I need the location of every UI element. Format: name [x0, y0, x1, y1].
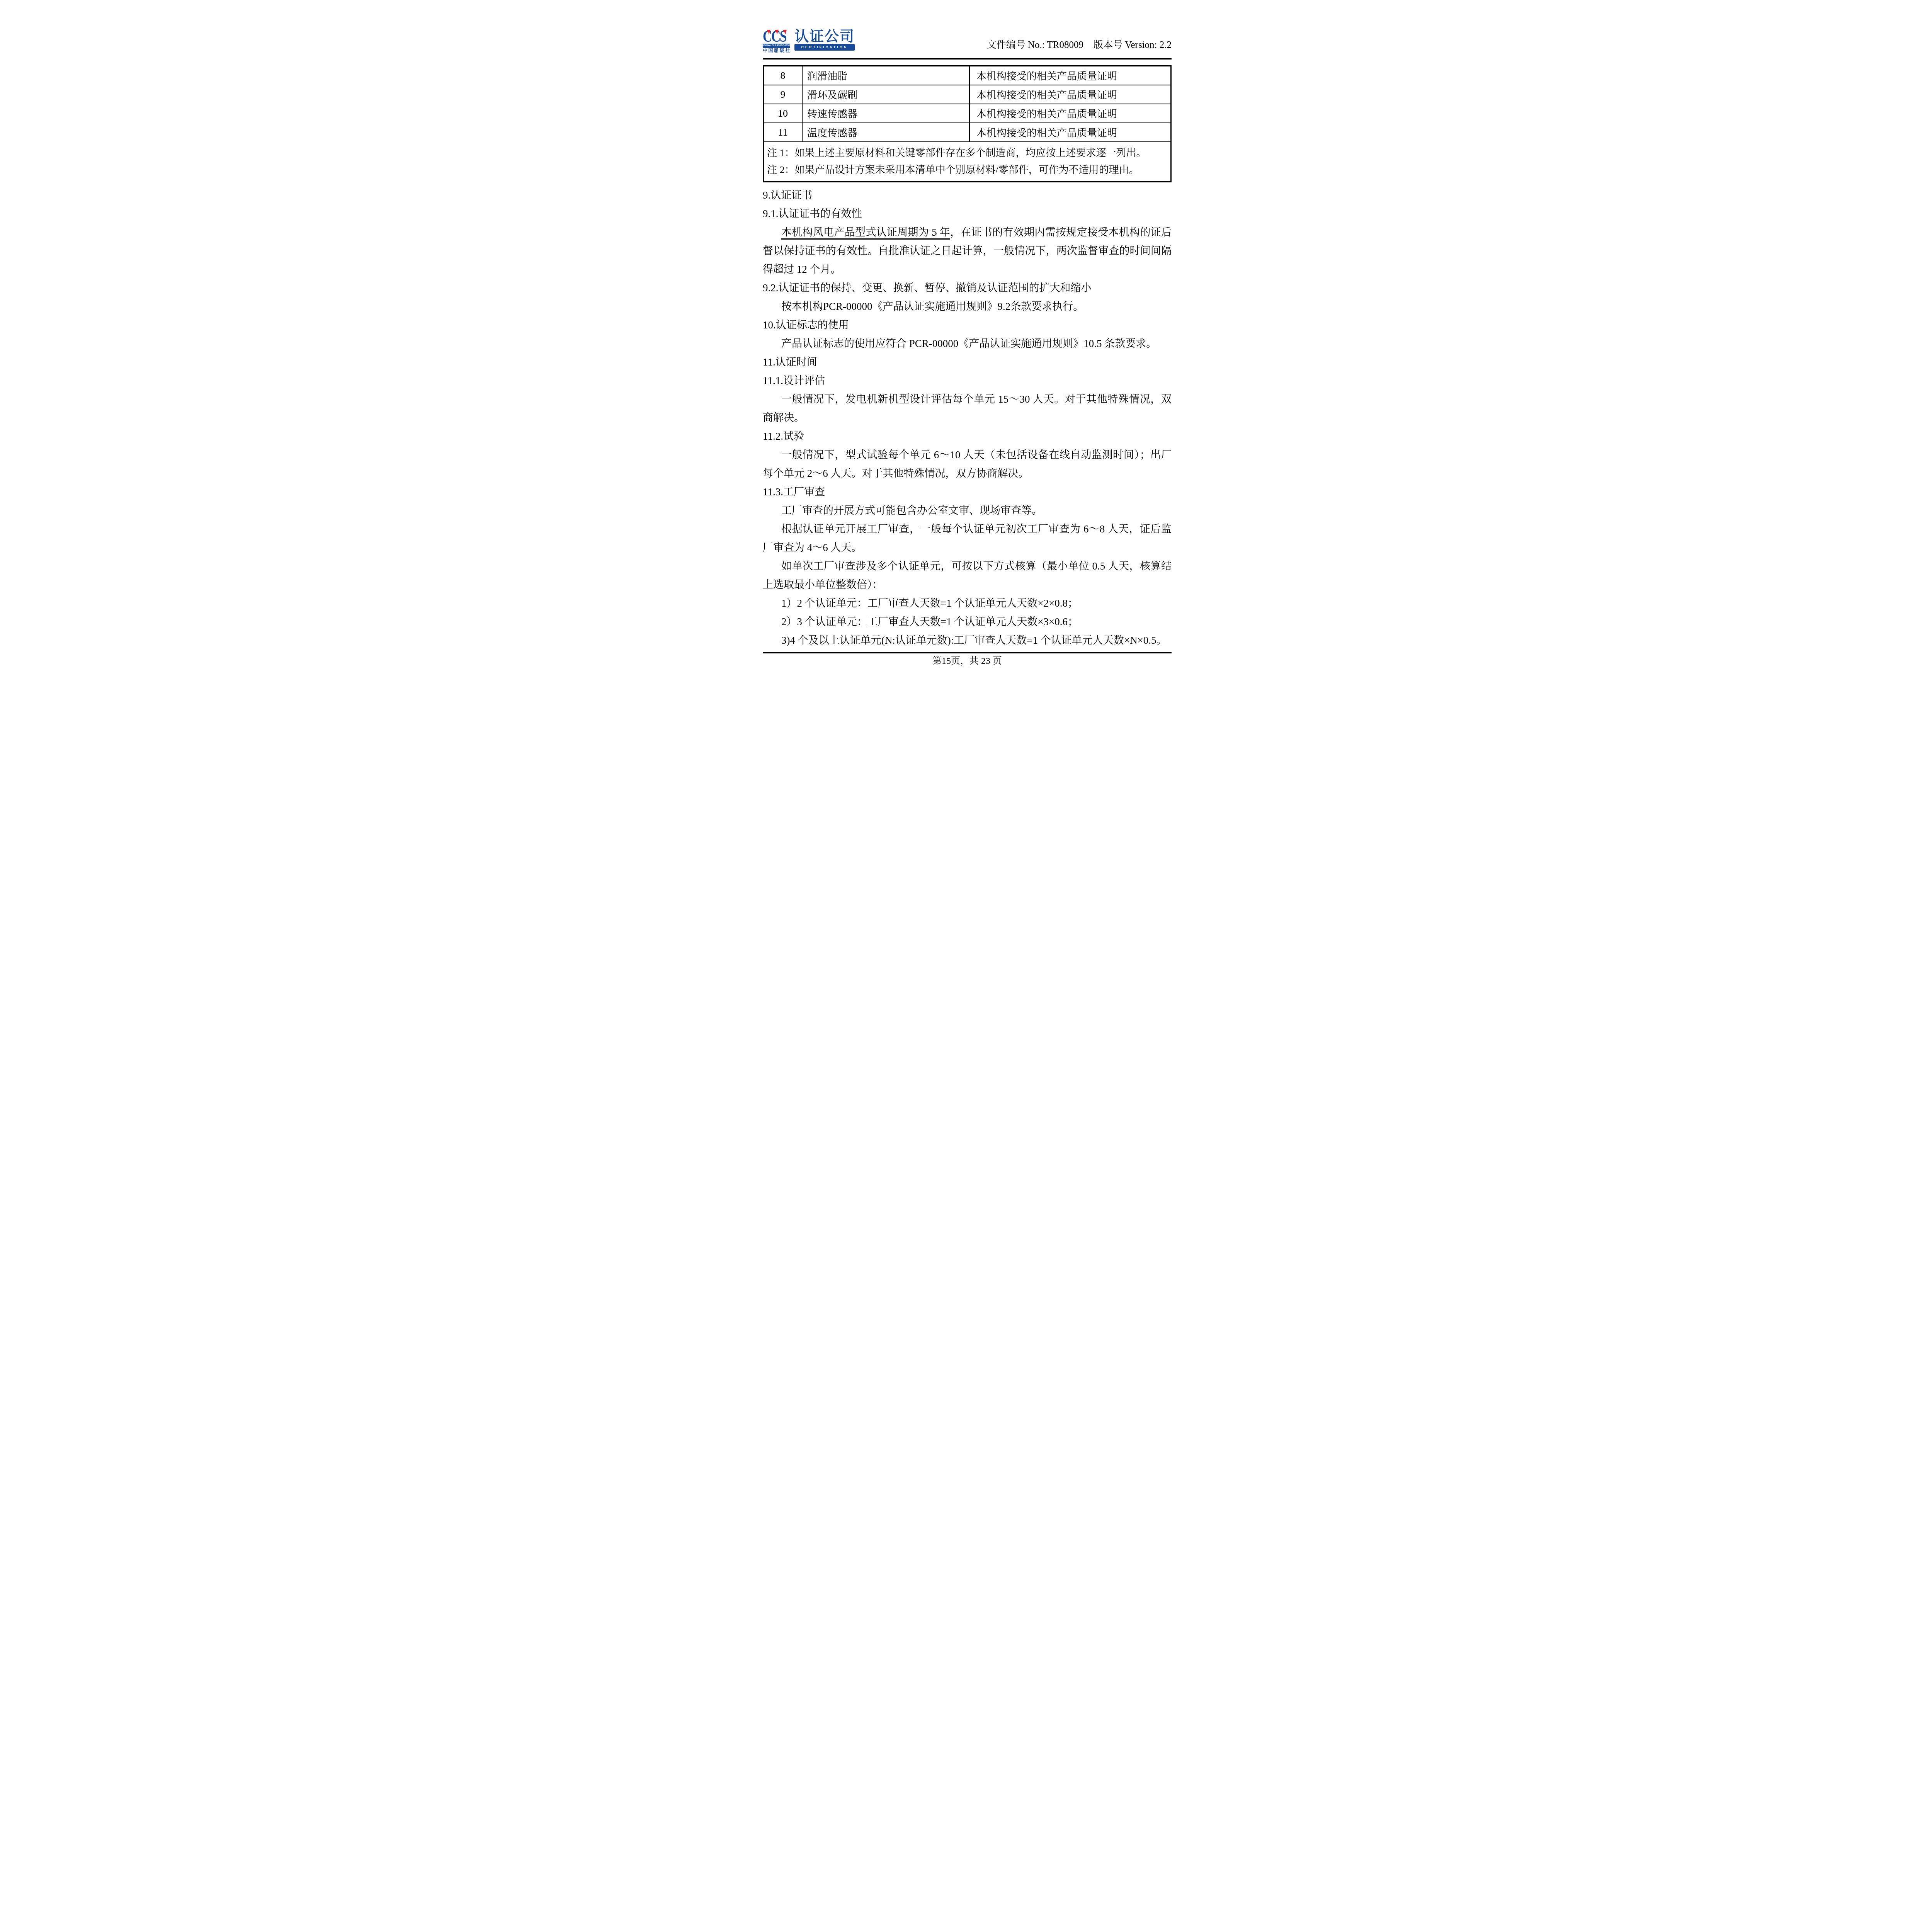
table-note-2: 注 2：如果产品设计方案未采用本清单中个别原材料/零部件，可作为不适用的理由。 [767, 162, 1167, 179]
ccs-logo-right: 认证公司 CERTIFICATION [794, 31, 855, 51]
row-requirement-cell: 本机构接受的相关产品质量证明 [969, 104, 1171, 123]
society-cn-label: 中国船级社 [763, 48, 790, 53]
body-line: 得超过 12 个月。 [763, 260, 1172, 279]
table-row: 10 转速传感器 本机构接受的相关产品质量证明 [764, 104, 1171, 123]
row-name-cell: 润滑油脂 [802, 66, 969, 85]
row-requirement-cell: 本机构接受的相关产品质量证明 [969, 66, 1171, 85]
body-line: 每个单元 2～6 人天。对于其他特殊情况，双方协商解决。 [763, 464, 1172, 483]
list-item-3: 3)4 个及以上认证单元(N:认证单元数):工厂审查人天数=1 个认证单元人天数… [763, 631, 1172, 650]
section-heading-11: 11.认证时间 [763, 353, 1172, 371]
section-heading-11-2: 11.2.试验 [763, 427, 1172, 446]
row-requirement-cell: 本机构接受的相关产品质量证明 [969, 123, 1171, 142]
ccs-logo-left: CCS CHINA CLASSIFICATION SOCIETY 中国船级社 [763, 31, 790, 53]
document-body: 9.认证证书 9.1.认证证书的有效性 本机构风电产品型式认证周期为 5 年，在… [763, 186, 1172, 650]
row-no-cell: 9 [764, 85, 803, 104]
table-note-1: 注 1：如果上述主要原材料和关键零部件存在多个制造商，均应按上述要求逐一列出。 [767, 145, 1167, 162]
certification-bar: CERTIFICATION [794, 44, 855, 51]
row-name-cell: 温度传感器 [802, 123, 969, 142]
body-line: 督以保持证书的有效性。自批准认证之日起计算，一般情况下，两次监督审查的时间间隔不 [763, 241, 1172, 260]
section-heading-9-2: 9.2.认证证书的保持、变更、换新、暂停、撤销及认证范围的扩大和缩小 [763, 279, 1172, 297]
version-label: 版本号 Version: 2.2 [1094, 40, 1172, 50]
header-rule [763, 58, 1172, 60]
section-heading-11-1: 11.1.设计评估 [763, 371, 1172, 390]
list-item-2: 2）3 个认证单元：工厂审查人天数=1 个认证单元人天数×3×0.6； [763, 612, 1172, 631]
row-no-cell: 8 [764, 66, 803, 85]
row-name-cell: 转速传感器 [802, 104, 969, 123]
page-footer: 第15页，共 23 页 [763, 652, 1172, 667]
body-line: 商解决。 [763, 408, 1172, 427]
body-line: 按本机构PCR-00000《产品认证实施通用规则》9.2条款要求执行。 [763, 297, 1172, 316]
page-header: CCS CHINA CLASSIFICATION SOCIETY 中国船级社 认… [763, 0, 1172, 53]
body-line: 一般情况下，发电机新机型设计评估每个单元 15～30 人天。对于其他特殊情况，双… [763, 390, 1172, 408]
row-no-cell: 11 [764, 123, 803, 142]
logo-company-name: 认证公司 [794, 31, 855, 43]
body-line: 产品认证标志的使用应符合 PCR-00000《产品认证实施通用规则》10.5 条… [763, 334, 1172, 353]
list-item-1: 1）2 个认证单元：工厂审查人天数=1 个认证单元人天数×2×0.8； [763, 594, 1172, 612]
page-number-label: 第15页，共 23 页 [763, 655, 1172, 667]
section-heading-11-3: 11.3.工厂审查 [763, 483, 1172, 501]
row-name-cell: 滑环及碳刷 [802, 85, 969, 104]
body-line: 厂审查为 4～6 人天。 [763, 538, 1172, 557]
section-heading-9: 9.认证证书 [763, 186, 1172, 204]
document-page: CCS CHINA CLASSIFICATION SOCIETY 中国船级社 认… [718, 0, 1214, 705]
row-requirement-cell: 本机构接受的相关产品质量证明 [969, 85, 1171, 104]
table-row: 11 温度传感器 本机构接受的相关产品质量证明 [764, 123, 1171, 142]
section-heading-9-1: 9.1.认证证书的有效性 [763, 204, 1172, 223]
materials-table: 8 润滑油脂 本机构接受的相关产品质量证明 9 滑环及碳刷 本机构接受的相关产品… [763, 65, 1172, 182]
section-heading-10: 10.认证标志的使用 [763, 316, 1172, 334]
table-row: 8 润滑油脂 本机构接受的相关产品质量证明 [764, 66, 1171, 85]
row-no-cell: 10 [764, 104, 803, 123]
body-line: 如单次工厂审查涉及多个认证单元，可按以下方式核算（最小单位 0.5 人天，核算结… [763, 557, 1172, 575]
ccs-logo: CCS CHINA CLASSIFICATION SOCIETY 中国船级社 认… [763, 31, 855, 53]
header-doc-meta: 文件编号 No.: TR08009版本号 Version: 2.2 [987, 39, 1172, 53]
ccs-letters-wrap: CCS [763, 31, 790, 43]
table-row: 9 滑环及碳刷 本机构接受的相关产品质量证明 [764, 85, 1171, 104]
doc-number-label: 文件编号 No.: TR08009 [987, 40, 1083, 50]
table-notes-row: 注 1：如果上述主要原材料和关键零部件存在多个制造商，均应按上述要求逐一列出。 … [764, 142, 1171, 182]
body-line: 根据认证单元开展工厂审查，一般每个认证单元初次工厂审查为 6～8 人天，证后监督… [763, 520, 1172, 538]
body-line: 一般情况下，型式试验每个单元 6～10 人天（未包括设备在线自动监测时间）；出厂… [763, 446, 1172, 464]
body-line: 工厂审查的开展方式可能包含办公室文审、现场审查等。 [763, 501, 1172, 520]
body-line: 本机构风电产品型式认证周期为 5 年，在证书的有效期内需按规定接受本机构的证后监 [763, 223, 1172, 241]
table-notes-cell: 注 1：如果上述主要原材料和关键零部件存在多个制造商，均应按上述要求逐一列出。 … [764, 142, 1171, 182]
body-line: 上选取最小单位整数倍）： [763, 575, 1172, 594]
ccs-letters: CCS [763, 31, 786, 43]
underlined-text: 本机构风电产品型式认证周期为 5 年 [781, 226, 950, 238]
